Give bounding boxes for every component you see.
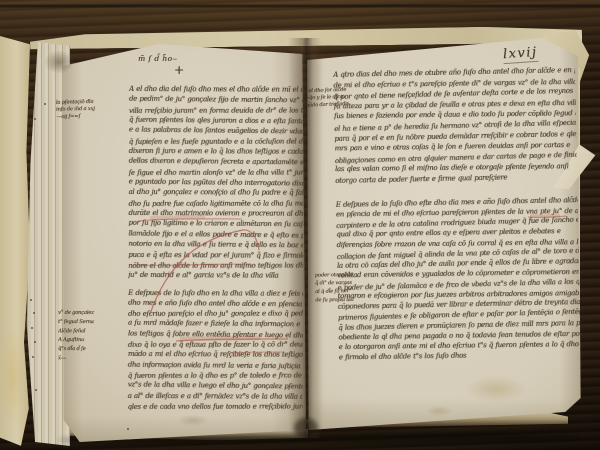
ink-dot [33, 312, 35, 314]
ink-dot [34, 118, 36, 120]
ink-dot [44, 103, 46, 105]
manuscript-photo: { "scene": { "description": "Photograph … [0, 0, 600, 450]
right-page-stain [466, 376, 526, 402]
ink-dot [127, 428, 129, 430]
handwritten-line: al dho ju° gonçalez e conoſçio al dho ſu… [129, 187, 304, 198]
header-mark: m̃ ſ d̃ h̃o⎯ [138, 54, 177, 64]
handwritten-line: puca e q̃ eſta es la vdad por el juram° … [128, 249, 303, 260]
handwritten-line: ju° de madrid e al° garcia vz°s de la dh… [128, 270, 303, 281]
gutter-foot-shadow [294, 418, 318, 438]
handwritten-line: notorio en la dha villa e ſu tierra e q̃… [128, 239, 303, 251]
handwritten-line: v° de gonçalez [58, 309, 106, 318]
right-page-text: A qtro dias del dho mes de otubre año ſu… [333, 65, 581, 363]
left-page-paragraph-1: A el dho dia del ſuſo dho mes el dho alc… [128, 84, 304, 281]
ink-dot [30, 299, 32, 301]
ink-dot [32, 356, 34, 358]
folio-number: lxvij [502, 45, 538, 64]
handwritten-line: dha informaçion avida ſu mrd la veria e … [128, 359, 303, 371]
left-page-paragraph-2: E deſpues de lo ſuſo dho en la dha villa… [128, 288, 304, 412]
corner-stain [44, 50, 74, 74]
handwritten-line: A Aguſtino [58, 336, 106, 345]
handwritten-line: dixo q̃ lo oya e q̃ eſtaua pſto de fazer… [128, 339, 303, 350]
handwritten-line: dellos dixeron e depuſieron ſecreta e ap… [129, 156, 304, 168]
handwritten-line: de pedim° de ju° gonçalez fijo de martin… [129, 94, 304, 106]
handwritten-line: mādo a mi el dho eſcriuo q̃ reſçibieſe l… [128, 349, 303, 360]
ink-dot [35, 389, 37, 391]
handwritten-line: qles e de cada vno dellos fue tomado e r… [128, 401, 303, 412]
left-margin-note-bottom: v° de gonçalezt° ſegud SernaAlc̃de ſeñal… [58, 309, 106, 363]
handwritten-line: q̃°s dl̃a d̃ ſe [58, 345, 106, 354]
right-page-small-stain [426, 406, 452, 416]
handwritten-line: a al° de illeſcas e a di° fernādez vz°s … [128, 390, 303, 401]
left-page-stain [178, 415, 208, 426]
cover-stain [0, 328, 26, 426]
right-page-paragraph-1: A qtro dias del dho mes de otubre año ſu… [333, 65, 577, 186]
handwritten-line: x̃⎯⎯ [58, 354, 106, 363]
handwritten-line: dho ſu padre fue caſado ligitimamēte cō … [128, 198, 303, 209]
ink-dot [31, 327, 33, 329]
cross-mark: + [174, 63, 184, 77]
ink-dot [34, 341, 36, 343]
right-page-paragraph-2: E deſpues de lo ſuſo dho eſte dho dia me… [336, 195, 581, 364]
left-page-text: A el dho dia del ſuſo dho mes el dho alc… [128, 84, 304, 412]
left-margin-note-top: la pſentaçiō dlainfo de m̃d a xxj—oij ſ=… [56, 98, 117, 121]
handwritten-line: e a las palabras de los ſantos euāgelios… [129, 125, 304, 137]
handwritten-line: nōbre el dho alc̃de lo firmo anſi miſmo … [128, 260, 303, 271]
handwritten-line: q̃ ſupieſen e les fueſe pguntado e a la … [129, 136, 304, 147]
handwritten-line: t° ſegud Serna [58, 318, 106, 327]
gutter-shadow [288, 38, 322, 438]
